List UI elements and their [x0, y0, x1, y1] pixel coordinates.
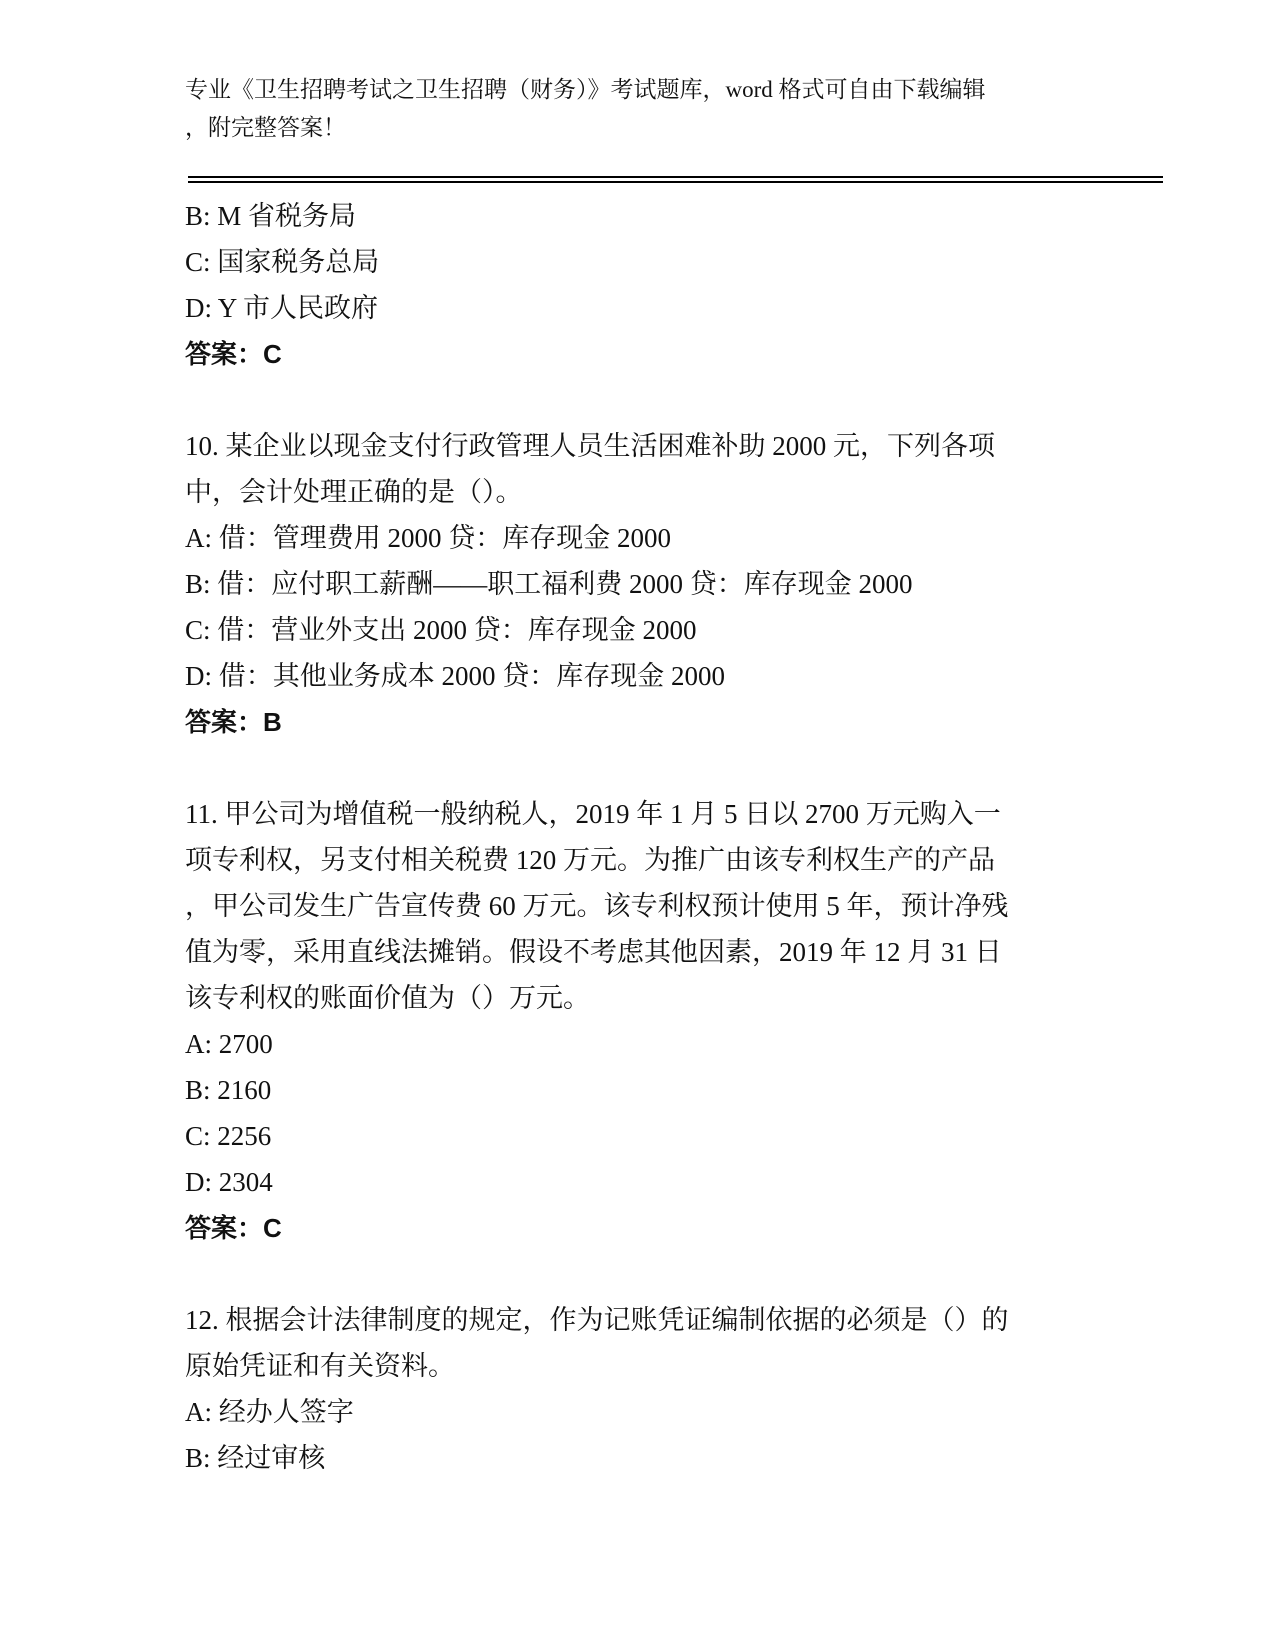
- question-stem: 10. 某企业以现金支付行政管理人员生活困难补助 2000 元，下列各项中，会计…: [185, 423, 1185, 515]
- text-line: 11. 甲公司为增值税一般纳税人，2019 年 1 月 5 日以 2700 万元…: [185, 791, 1185, 837]
- text-line: 项专利权，另支付相关税费 120 万元。为推广由该专利权生产的产品: [185, 837, 1185, 883]
- answer-line: 答案：B: [185, 699, 1185, 745]
- question-stem: 11. 甲公司为增值税一般纳税人，2019 年 1 月 5 日以 2700 万元…: [185, 791, 1185, 1021]
- text-line: 10. 某企业以现金支付行政管理人员生活困难补助 2000 元，下列各项: [185, 423, 1185, 469]
- text-line: ，甲公司发生广告宣传费 60 万元。该专利权预计使用 5 年，预计净残: [185, 883, 1185, 929]
- question-block-10: 10. 某企业以现金支付行政管理人员生活困难补助 2000 元，下列各项中，会计…: [185, 423, 1185, 745]
- text-line: 值为零，采用直线法摊销。假设不考虑其他因素，2019 年 12 月 31 日: [185, 929, 1185, 975]
- question-stem: 12. 根据会计法律制度的规定，作为记账凭证编制依据的必须是（）的原始凭证和有关…: [185, 1297, 1185, 1389]
- text-line: 专业《卫生招聘考试之卫生招聘（财务）》考试题库，word 格式可自由下载编辑: [185, 71, 1185, 109]
- text-line: C: 借：营业外支出 2000 贷：库存现金 2000: [185, 607, 1185, 653]
- text-line: 中，会计处理正确的是（）。: [185, 469, 1185, 515]
- text-line: D: Y 市人民政府: [185, 285, 1185, 331]
- answer-line: 答案：C: [185, 1205, 1185, 1251]
- document-body: B: M 省税务局C: 国家税务总局D: Y 市人民政府 答案：C 10. 某企…: [185, 193, 1185, 1481]
- text-line: 12. 根据会计法律制度的规定，作为记账凭证编制依据的必须是（）的: [185, 1297, 1185, 1343]
- text-line: C: 国家税务总局: [185, 239, 1185, 285]
- question-block-12: 12. 根据会计法律制度的规定，作为记账凭证编制依据的必须是（）的原始凭证和有关…: [185, 1297, 1185, 1481]
- question-options: B: M 省税务局C: 国家税务总局D: Y 市人民政府: [185, 193, 1185, 331]
- question-options: A: 经办人签字B: 经过审核: [185, 1389, 1185, 1481]
- text-line: A: 2700: [185, 1021, 1185, 1067]
- text-line: B: 经过审核: [185, 1435, 1185, 1481]
- page-header: 专业《卫生招聘考试之卫生招聘（财务）》考试题库，word 格式可自由下载编辑，附…: [185, 71, 1185, 147]
- text-line: 该专利权的账面价值为（）万元。: [185, 975, 1185, 1021]
- text-line: A: 借：管理费用 2000 贷：库存现金 2000: [185, 515, 1185, 561]
- text-line: 原始凭证和有关资料。: [185, 1343, 1185, 1389]
- text-line: D: 借：其他业务成本 2000 贷：库存现金 2000: [185, 653, 1185, 699]
- question-block-9-tail: B: M 省税务局C: 国家税务总局D: Y 市人民政府 答案：C: [185, 193, 1185, 377]
- text-line: B: 2160: [185, 1067, 1185, 1113]
- text-line: A: 经办人签字: [185, 1389, 1185, 1435]
- header-double-rule: [188, 176, 1163, 183]
- text-line: ，附完整答案！: [185, 109, 1185, 147]
- question-block-11: 11. 甲公司为增值税一般纳税人，2019 年 1 月 5 日以 2700 万元…: [185, 791, 1185, 1251]
- text-line: D: 2304: [185, 1159, 1185, 1205]
- document-page: 专业《卫生招聘考试之卫生招聘（财务）》考试题库，word 格式可自由下载编辑，附…: [0, 0, 1275, 1650]
- text-line: B: M 省税务局: [185, 193, 1185, 239]
- question-options: A: 借：管理费用 2000 贷：库存现金 2000B: 借：应付职工薪酬——职…: [185, 515, 1185, 699]
- answer-line: 答案：C: [185, 331, 1185, 377]
- question-options: A: 2700B: 2160C: 2256D: 2304: [185, 1021, 1185, 1205]
- text-line: B: 借：应付职工薪酬——职工福利费 2000 贷：库存现金 2000: [185, 561, 1185, 607]
- text-line: C: 2256: [185, 1113, 1185, 1159]
